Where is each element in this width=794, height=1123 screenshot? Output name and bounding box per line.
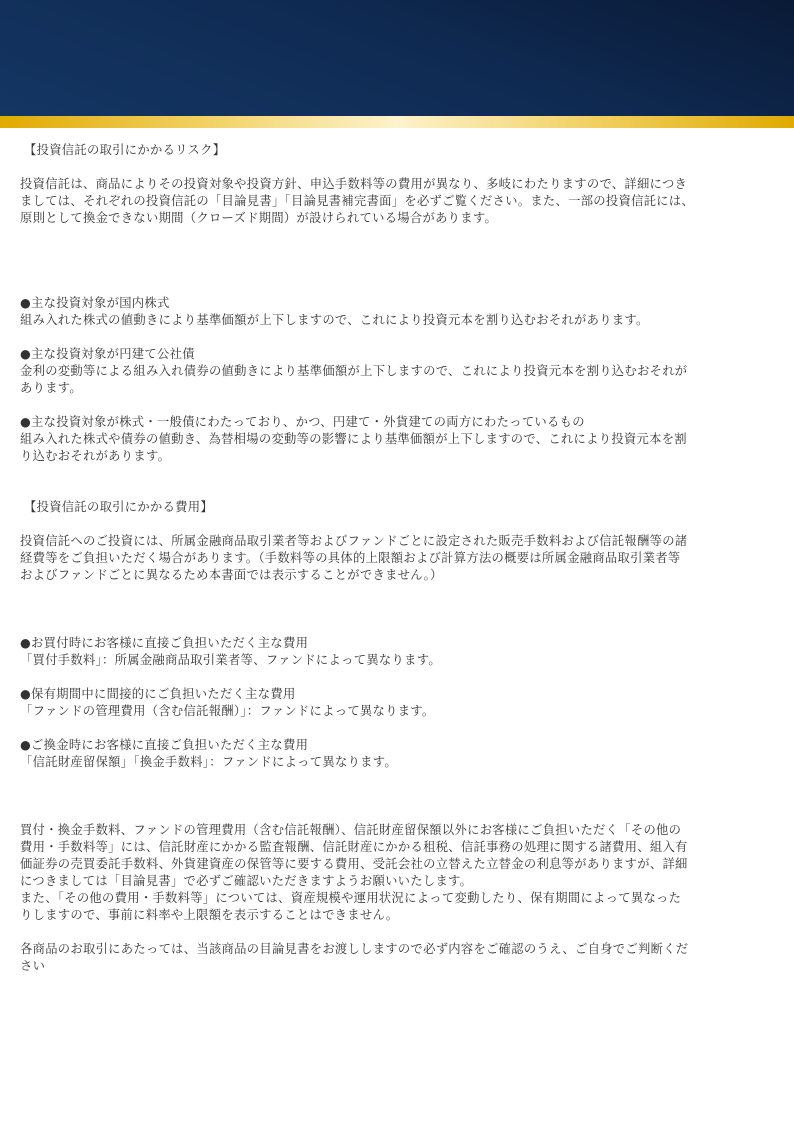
cost-intro: 投資信託へのご投資には、所属金融商品取引業者等およびファンドごとに設定された販売… <box>20 533 770 584</box>
cost-item-body: 「買付手数料」：所属金融商品取引業者等、ファンドによって異なります。 <box>20 652 770 669</box>
risk-item-title: ●主な投資対象が株式・一般債にわたっており、かつ、円建て・外貨建ての両方にわたっ… <box>20 414 770 431</box>
cost-item-body: 「信託財産留保額」「換金手数料」：ファンドによって異なります。 <box>20 754 770 771</box>
header-banner <box>0 0 794 116</box>
risk-item-title: ●主な投資対象が国内株式 <box>20 295 770 312</box>
closing-paragraph: 各商品のお取引にあたっては、当該商品の目論見書をお渡ししますので必ず内容をご確認… <box>20 941 770 975</box>
risk-item-body: 金利の変動等による組み入れ債券の値動きにより基準価額が上下しますので、これにより… <box>20 363 770 397</box>
header-gold-stripe <box>0 116 794 128</box>
risk-intro: 投資信託は、商品によりその投資対象や投資方針、申込手数料等の費用が異なり、多岐に… <box>20 176 770 227</box>
cost-item-title: ●保有期間中に間接的にご負担いただく主な費用 <box>20 686 770 703</box>
risk-item-body: 組み入れた株式や債券の値動き、為替相場の変動等の影響により基準価額が上下しますの… <box>20 431 770 465</box>
risk-item-body: 組み入れた株式の値動きにより基準価額が上下しますので、これにより投資元本を割り込… <box>20 312 770 329</box>
risk-section-heading: 【投資信託の取引にかかるリスク】 <box>20 142 770 159</box>
cost-item-title: ●お買付時にお客様に直接ご負担いただく主な費用 <box>20 635 770 652</box>
other-costs-paragraph: 買付・換金手数料、ファンドの管理費用（含む信託報酬）、信託財産留保額以外にお客様… <box>20 822 770 924</box>
document-body: 【投資信託の取引にかかるリスク】 投資信託は、商品によりその投資対象や投資方針、… <box>20 142 770 975</box>
cost-section-heading: 【投資信託の取引にかかる費用】 <box>20 499 770 516</box>
cost-item-body: 「ファンドの管理費用（含む信託報酬）」：ファンドによって異なります。 <box>20 703 770 720</box>
cost-item-title: ●ご換金時にお客様に直接ご負担いただく主な費用 <box>20 737 770 754</box>
risk-item-title: ●主な投資対象が円建て公社債 <box>20 346 770 363</box>
